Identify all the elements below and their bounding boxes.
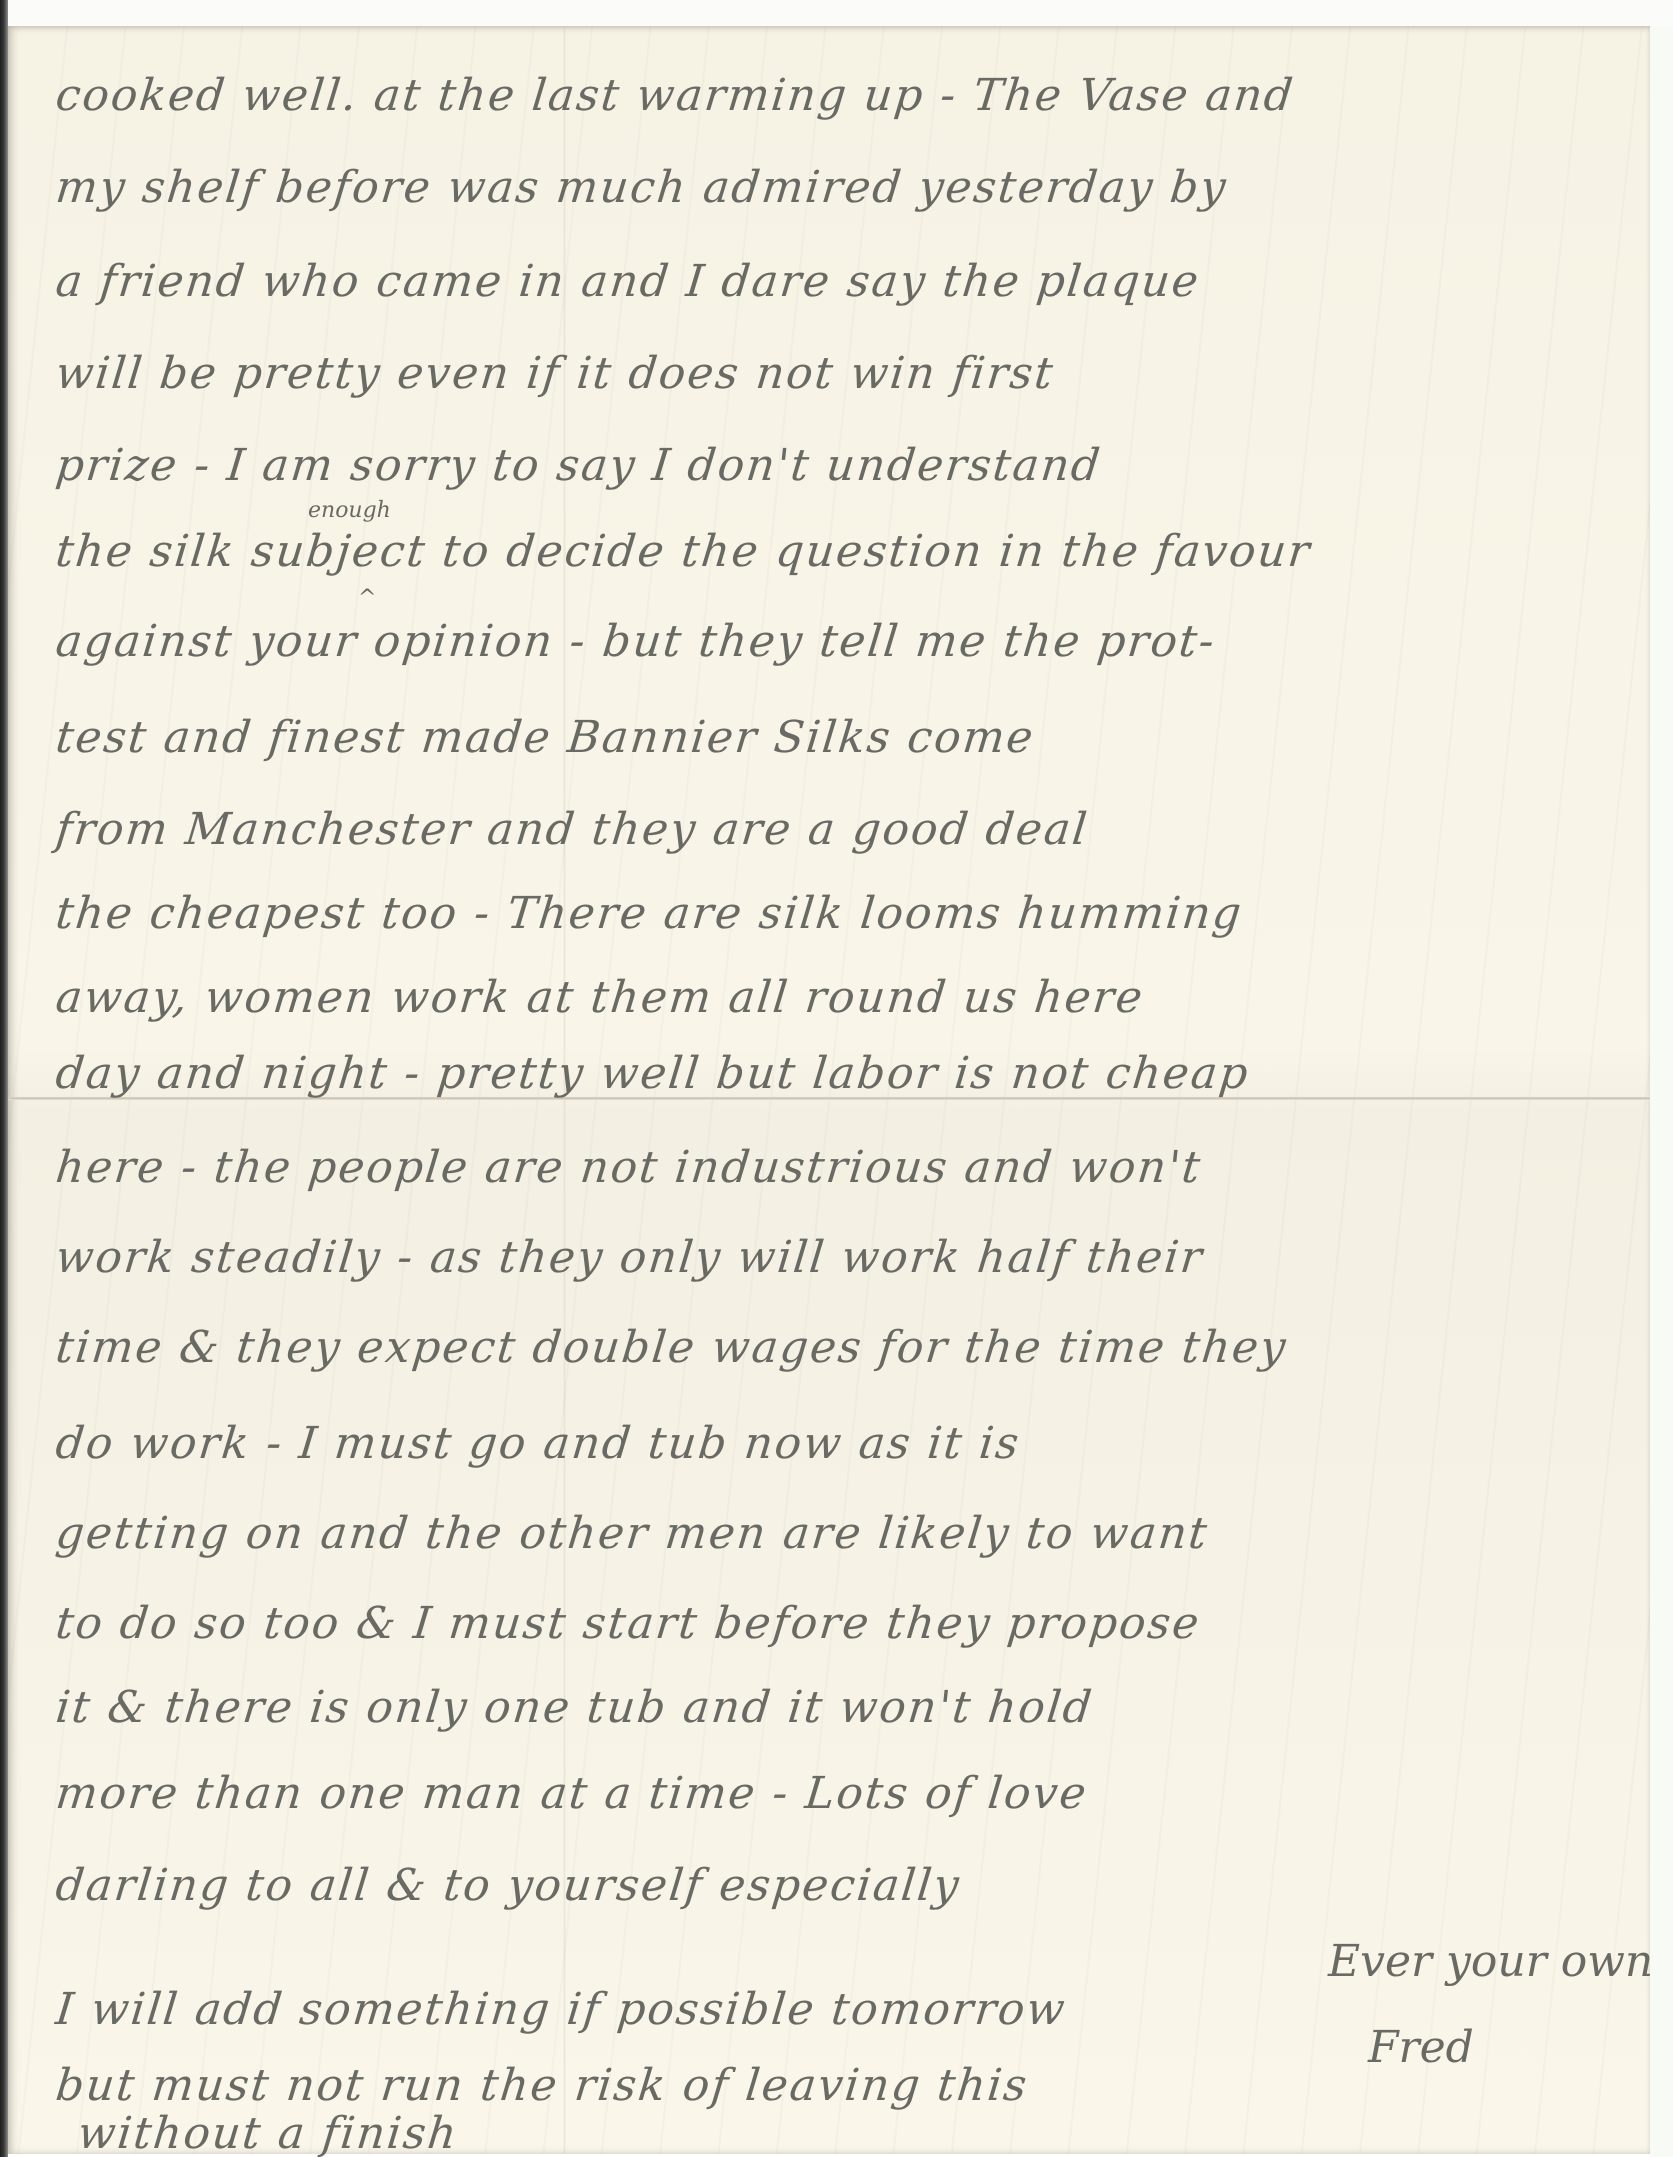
letter-line: test and finest made Bannier Silks come [53,712,1037,763]
letter-line: the silk subject to decide the question … [53,526,1314,577]
letter-line: more than one man at a time - Lots of lo… [53,1768,1090,1819]
letter-line: it & there is only one tub and it won't … [53,1682,1096,1733]
scan-top-margin [8,0,1673,26]
letter-line: away, women work at them all round us he… [53,972,1146,1023]
letter-line: getting on and the other men are likely … [53,1508,1211,1559]
valediction: Ever your own [1328,1936,1653,1987]
letter-line: do work - I must go and tub now as it is [53,1418,1023,1469]
caret-mark: ^ [358,586,376,611]
signature: Fred [1368,2022,1474,2073]
letter-line: against your opinion - but they tell me … [53,616,1218,667]
letter-line: but must not run the risk of leaving thi… [53,2060,1031,2111]
letter-line: a friend who came in and I dare say the … [53,256,1202,307]
letter-line: darling to all & to yourself especially [53,1860,963,1911]
letter-line: from Manchester and they are a good deal [53,804,1091,855]
letter-line: to do so too & I must start before they … [53,1598,1203,1649]
letter-line: day and night - pretty well but labor is… [53,1048,1252,1099]
letter-line: I will add something if possible tomorro… [53,1984,1069,2035]
letter-line: time & they expect double wages for the … [53,1322,1289,1373]
letter-page: cooked well. at the last warming up - Th… [8,26,1650,2154]
scan-left-edge [0,0,8,2157]
letter-line: the cheapest too - There are silk looms … [53,888,1245,939]
letter-line: cooked well. at the last warming up - Th… [53,70,1297,121]
letter-line: will be pretty even if it does not win f… [53,348,1057,399]
inserted-word: enough [308,498,391,523]
letter-line: my shelf before was much admired yesterd… [53,162,1230,213]
letter-line: prize - I am sorry to say I don't unders… [53,440,1104,491]
letter-line: without a finish [75,2108,461,2157]
letter-line: here - the people are not industrious an… [53,1142,1204,1193]
letter-line: work steadily - as they only will work h… [53,1232,1206,1283]
scan-right-margin [1650,26,1673,2157]
